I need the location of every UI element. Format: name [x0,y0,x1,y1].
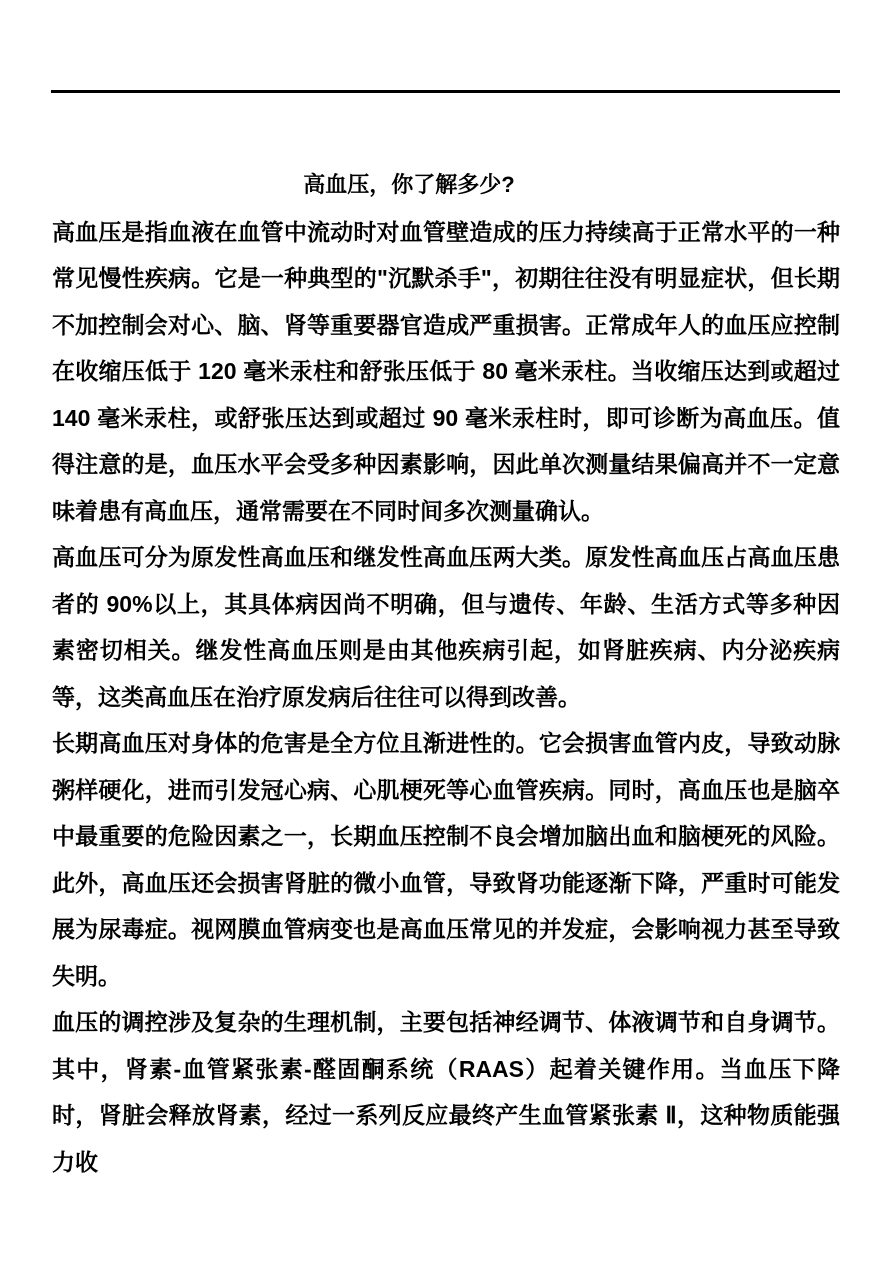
header-rule [51,90,840,93]
paragraph-definition: 高血压是指血液在血管中流动时对血管壁造成的压力持续高于正常水平的一种常见慢性疾病… [52,209,840,535]
paragraph-classification: 高血压可分为原发性高血压和继发性高血压两大类。原发性高血压占高血压患者的 90%… [52,534,840,720]
document-page: 高血压，你了解多少? 高血压是指血液在血管中流动时对血管壁造成的压力持续高于正常… [0,0,893,1262]
page-title: 高血压，你了解多少? [52,162,840,209]
document-content: 高血压，你了解多少? 高血压是指血液在血管中流动时对血管壁造成的压力持续高于正常… [52,162,840,1185]
paragraph-regulation: 血压的调控涉及复杂的生理机制，主要包括神经调节、体液调节和自身调节。其中，肾素-… [52,999,840,1185]
paragraph-harms: 长期高血压对身体的危害是全方位且渐进性的。它会损害血管内皮，导致动脉粥样硬化，进… [52,720,840,999]
